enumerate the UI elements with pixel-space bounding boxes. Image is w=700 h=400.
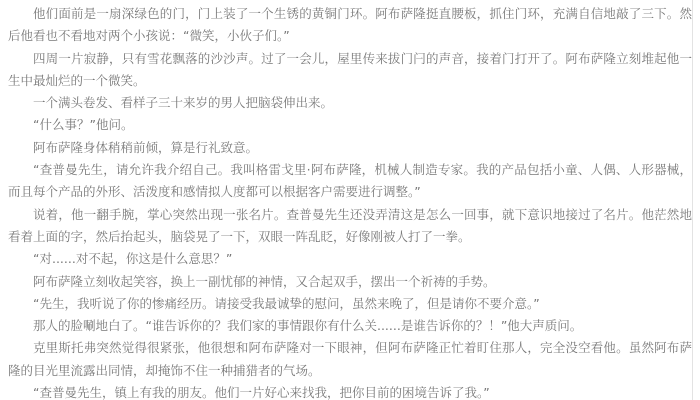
paragraph: “查普曼先生，请允许我介绍自己。我叫格雷戈里·阿布萨隆，机械人制造专家。我的产品… — [8, 159, 692, 204]
content-right-border — [692, 0, 693, 400]
paragraph: “对......对不起，你这是什么意思？” — [8, 248, 692, 270]
paragraph: 阿布萨隆身体稍稍前倾，算是行礼致意。 — [8, 137, 692, 159]
novel-text: 他们面前是一扇深绿色的门，门上装了一个生锈的黄铜门环。阿布萨隆挺直腰板，抓住门环… — [8, 0, 692, 400]
paragraph: 说着，他一翻手腕，掌心突然出现一张名片。查普曼先生还没弄清这是怎么一回事，就下意… — [8, 204, 692, 249]
paragraph: “先生，我听说了你的惨痛经历。请接受我最诚挚的慰问，虽然来晚了，但是请你不要介意… — [8, 293, 692, 315]
paragraph: 克里斯托弗突然觉得很紧张，他很想和阿布萨隆对一下眼神，但阿布萨隆正忙着盯住那人，… — [8, 337, 692, 382]
paragraph: “查普曼先生，镇上有我的朋友。他们一片好心来找我，把你目前的困境告诉了我。” — [8, 382, 692, 400]
paragraph: 四周一片寂静，只有雪花飘落的沙沙声。过了一会儿，屋里传来拔门闩的声音，接着门打开… — [8, 48, 692, 93]
paragraph: 那人的脸唰地白了。“谁告诉你的？我们家的事情跟你有什么关......是谁告诉你的… — [8, 315, 692, 337]
reader-page: 他们面前是一扇深绿色的门，门上装了一个生锈的黄铜门环。阿布萨隆挺直腰板，抓住门环… — [0, 0, 700, 400]
paragraph: 一个满头卷发、看样子三十来岁的男人把脑袋伸出来。 — [8, 92, 692, 114]
paragraph: 他们面前是一扇深绿色的门，门上装了一个生锈的黄铜门环。阿布萨隆挺直腰板，抓住门环… — [8, 3, 692, 48]
paragraph: 阿布萨隆立刻收起笑容，换上一副忧郁的神情，又合起双手，摆出一个祈祷的手势。 — [8, 271, 692, 293]
paragraph: “什么事？”他问。 — [8, 114, 692, 136]
